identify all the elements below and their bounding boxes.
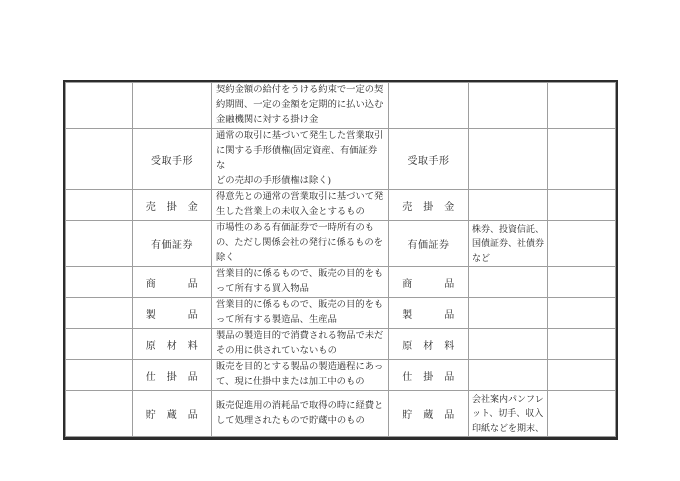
table-row: 製 品 営業目的に係るもので、販売の目的をも って所有する製造品、生産品 製 品	[66, 298, 616, 329]
note-cell	[469, 129, 548, 190]
right-account-name-cell: 仕 掛 品	[389, 360, 469, 391]
account-name-cell: 売 掛 金	[133, 190, 212, 221]
margin-cell-left	[66, 329, 133, 360]
note-cell: 株券、投資信託、 国債証券、社債券 など	[469, 221, 548, 267]
description-cell: 契約金額の給付をうける約束で一定の契 約期間、一定の金額を定期的に払い込む 金融…	[212, 83, 389, 129]
margin-cell-right	[548, 298, 616, 329]
note-cell	[469, 190, 548, 221]
table-row: 貯 蔵 品 販売促進用の消耗品で取得の時に経費と して処理されたもので貯蔵中のも…	[66, 391, 616, 437]
table-row: 受取手形 通常の取引に基づいて発生した営業取引 に関する手形債権(固定資産、有価…	[66, 129, 616, 190]
margin-cell-left	[66, 129, 133, 190]
account-name-cell: 有価証券	[133, 221, 212, 267]
margin-cell-left	[66, 190, 133, 221]
margin-cell-right	[548, 221, 616, 267]
description-cell: 得意先との通常の営業取引に基づいて発 生した営業上の未収入金とするもの	[212, 190, 389, 221]
description-cell: 販売促進用の消耗品で取得の時に経費と して処理されたもので貯蔵中のもの	[212, 391, 389, 437]
margin-cell-left	[66, 298, 133, 329]
margin-cell-left	[66, 83, 133, 129]
account-name-cell: 仕 掛 品	[133, 360, 212, 391]
margin-cell-left	[66, 221, 133, 267]
account-name-cell: 製 品	[133, 298, 212, 329]
margin-cell-left	[66, 360, 133, 391]
table-row: 仕 掛 品 販売を目的とする製品の製造過程にあっ て、現に仕掛中または加工中のも…	[66, 360, 616, 391]
description-cell: 販売を目的とする製品の製造過程にあっ て、現に仕掛中または加工中のもの	[212, 360, 389, 391]
table-row: 契約金額の給付をうける約束で一定の契 約期間、一定の金額を定期的に払い込む 金融…	[66, 83, 616, 129]
right-account-name-cell: 製 品	[389, 298, 469, 329]
margin-cell-left	[66, 267, 133, 298]
margin-cell-right	[548, 129, 616, 190]
account-name-cell	[133, 83, 212, 129]
account-name-cell: 受取手形	[133, 129, 212, 190]
description-cell: 通常の取引に基づいて発生した営業取引 に関する手形債権(固定資産、有価証券な ど…	[212, 129, 389, 190]
right-account-name-cell: 受取手形	[389, 129, 469, 190]
account-name-cell: 原 材 料	[133, 329, 212, 360]
table-row: 売 掛 金 得意先との通常の営業取引に基づいて発 生した営業上の未収入金とするも…	[66, 190, 616, 221]
description-cell: 製品の製造目的で消費される物品で未だ その用に供されていないもの	[212, 329, 389, 360]
margin-cell-right	[548, 329, 616, 360]
right-account-name-cell: 商 品	[389, 267, 469, 298]
margin-cell-right	[548, 267, 616, 298]
margin-cell-left	[66, 391, 133, 437]
right-account-name-cell: 原 材 料	[389, 329, 469, 360]
margin-cell-right	[548, 83, 616, 129]
description-cell: 営業目的に係るもので、販売の目的をも って所有する製造品、生産品	[212, 298, 389, 329]
accounts-definition-table: 契約金額の給付をうける約束で一定の契 約期間、一定の金額を定期的に払い込む 金融…	[65, 82, 616, 437]
margin-cell-right	[548, 391, 616, 437]
table-row: 商 品 営業目的に係るもので、販売の目的をも って所有する買入物品 商 品	[66, 267, 616, 298]
note-cell	[469, 329, 548, 360]
note-cell	[469, 298, 548, 329]
accounts-table-frame: 契約金額の給付をうける約束で一定の契 約期間、一定の金額を定期的に払い込む 金融…	[63, 80, 618, 440]
right-account-name-cell: 売 掛 金	[389, 190, 469, 221]
table-row: 原 材 料 製品の製造目的で消費される物品で未だ その用に供されていないもの 原…	[66, 329, 616, 360]
right-account-name-cell: 貯 蔵 品	[389, 391, 469, 437]
note-cell	[469, 83, 548, 129]
description-cell: 営業目的に係るもので、販売の目的をも って所有する買入物品	[212, 267, 389, 298]
margin-cell-right	[548, 190, 616, 221]
description-cell: 市場性のある有価証券で一時所有のも の、ただし関係会社の発行に係るものを 除く	[212, 221, 389, 267]
document-page: 契約金額の給付をうける約束で一定の契 約期間、一定の金額を定期的に払い込む 金融…	[0, 0, 680, 481]
note-cell	[469, 360, 548, 391]
note-cell	[469, 267, 548, 298]
account-name-cell: 商 品	[133, 267, 212, 298]
right-account-name-cell	[389, 83, 469, 129]
account-name-cell: 貯 蔵 品	[133, 391, 212, 437]
note-cell: 会社案内パンフレ ット、切手、収入 印紙などを期末、	[469, 391, 548, 437]
right-account-name-cell: 有価証券	[389, 221, 469, 267]
table-row: 有価証券 市場性のある有価証券で一時所有のも の、ただし関係会社の発行に係るもの…	[66, 221, 616, 267]
margin-cell-right	[548, 360, 616, 391]
